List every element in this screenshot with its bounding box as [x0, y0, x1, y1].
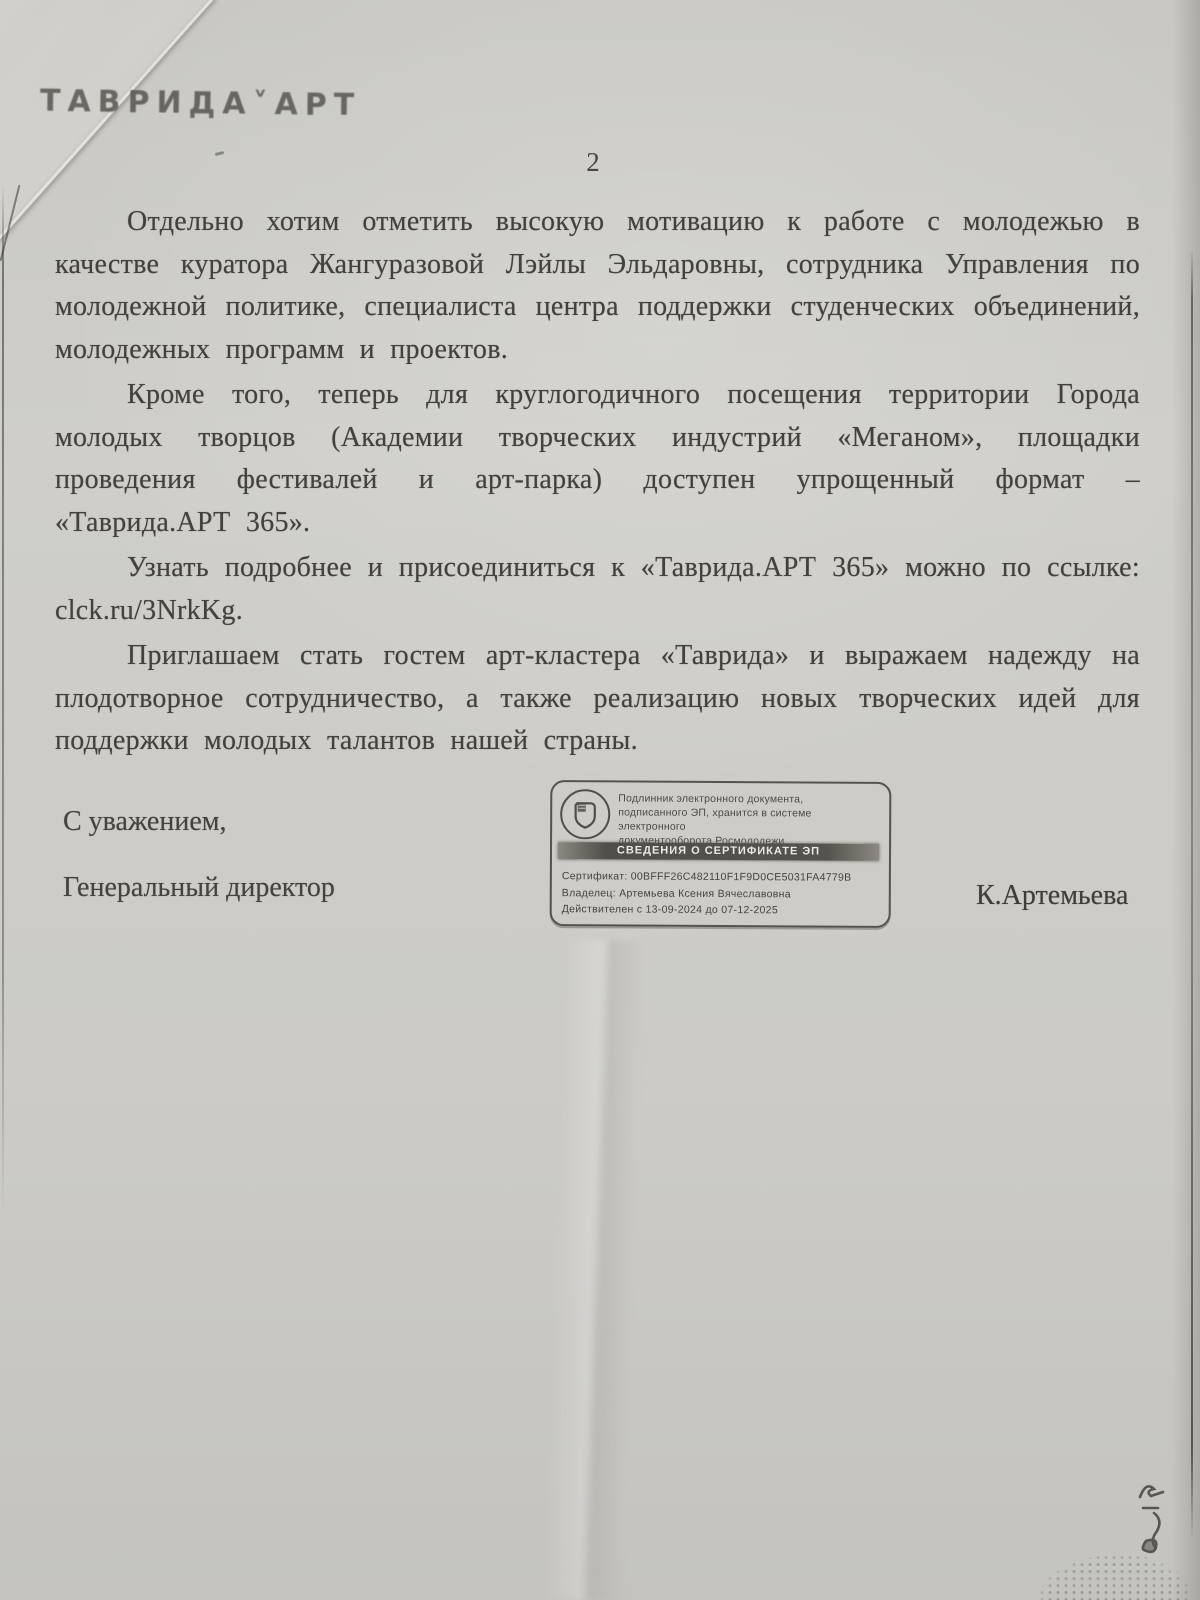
page-number: 2 [0, 147, 1186, 178]
letterhead-logo: ТАВРИДА˅АРТ [40, 84, 362, 123]
stamp-details: Сертификат: 00BFFF26C482110F1F9D0CE5031F… [562, 868, 852, 919]
salutation: С уважением, [63, 806, 226, 838]
signer-name: К.Артемьева [976, 880, 1128, 912]
stamp-header-line: Подлинник электронного документа, [618, 791, 882, 806]
paragraph-motivation: Отдельно хотим отметить высокую мотиваци… [55, 201, 1140, 371]
paragraph-format-365: Кроме того, теперь для круглогодичного п… [55, 374, 1140, 544]
paper-edge-right-shadow [1172, 0, 1200, 1600]
fold-crease-center [544, 939, 647, 1600]
esign-stamp: Подлинник электронного документа, подпис… [550, 780, 892, 928]
paper-edge-left [2, 185, 4, 1215]
stamp-certificate: Сертификат: 00BFFF26C482110F1F9D0CE5031F… [562, 868, 852, 886]
pen-scribble [1118, 1475, 1178, 1565]
signer-job-title: Генеральный директор [63, 872, 335, 904]
paper-edge-right-line [1191, 248, 1193, 1540]
paragraph-link: Узнать подробнее и присоединиться к «Тав… [55, 547, 1140, 632]
scanned-letter-page: ТАВРИДА˅АРТ 2 Отдельно хотим отметить вы… [0, 0, 1200, 1600]
paragraph-invitation: Приглашаем стать гостем арт-кластера «Та… [55, 635, 1140, 763]
stamp-header: Подлинник электронного документа, подпис… [618, 791, 882, 848]
letter-body: Отдельно хотим отметить высокую мотиваци… [55, 201, 1140, 766]
stamp-validity: Действителен с 13-09-2024 до 07-12-2025 [562, 901, 852, 919]
stamp-banner: СВЕДЕНИЯ О СЕРТИФИКАТЕ ЭП [558, 842, 879, 861]
stamp-header-line: подписанного ЭП, хранится в системе элек… [618, 805, 882, 834]
stamp-owner: Владелец: Артемьева Ксения Вячеславовна [562, 885, 852, 903]
esign-shield-icon [560, 789, 610, 839]
